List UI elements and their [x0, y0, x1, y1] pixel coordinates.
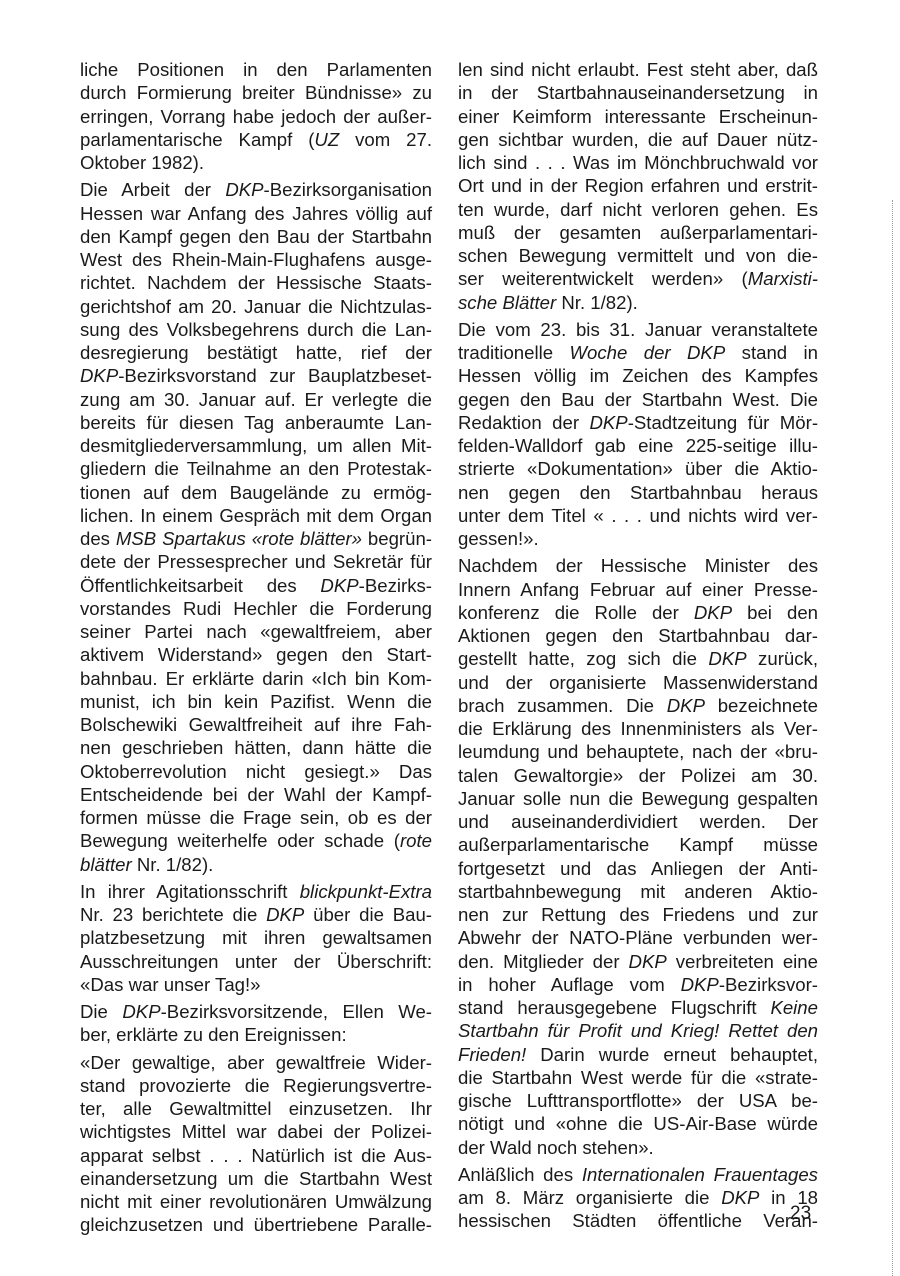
text-run: felden-Walldorf gab eine 225-seitige ill…	[458, 435, 818, 456]
text-line: Hessen völlig im Zeichen des Kampfes	[458, 364, 818, 387]
text-run: nötigt und «ohne die US-Air-Base würde	[458, 1113, 818, 1134]
text-run: Entscheidende bei der Wahl der Kampf-	[80, 784, 432, 805]
text-line: Abwehr der NATO-Pläne verbunden wer-	[458, 926, 818, 949]
text-run: liche Positionen in den Parlamenten	[80, 59, 432, 80]
italic-text: DKP	[694, 602, 732, 623]
italic-text: DKP	[681, 974, 719, 995]
text-line: stand provozierte die Regierungsvertre-	[80, 1074, 432, 1097]
italic-text: Keine	[770, 997, 818, 1018]
text-run: in hoher Auflage vom	[458, 974, 681, 995]
text-run: Januar solle nun die Bewegung gespalten	[458, 788, 818, 809]
text-run: apparat selbst . . . Natürlich ist die A…	[80, 1145, 432, 1166]
text-line: Innern Anfang Februar auf einer Presse-	[458, 578, 818, 601]
text-run: In ihrer Agitationsschrift	[80, 881, 300, 902]
text-line: Bolschewiki Gewaltfreiheit auf ihre Fah-	[80, 713, 432, 736]
italic-text: blickpunkt-Extra	[300, 881, 432, 902]
text-run: leumdung und behauptete, nach der «bru-	[458, 741, 818, 762]
text-run: ten wurde, darf nicht verloren gehen. Es	[458, 199, 818, 220]
text-run: durch Formierung breiter Bündnisse» zu	[80, 82, 432, 103]
italic-text: DKP	[80, 365, 118, 386]
text-line: schen Bewegung vermittelt und von die-	[458, 244, 818, 267]
text-run: und auseinanderdividiert werden. Der	[458, 811, 818, 832]
page-number: 23	[790, 1203, 811, 1225]
text-run: aktivem Widerstand» gegen den Start-	[80, 644, 432, 665]
text-run: munist, ich bin kein Pazifist. Wenn die	[80, 691, 432, 712]
text-line: lichen. In einem Gespräch mit dem Organ	[80, 504, 432, 527]
text-run: stand herausgegebene Flugschrift	[458, 997, 770, 1018]
text-run: Redaktion der	[458, 412, 589, 433]
text-line: Oktoberrevolution nicht gesiegt.» Das	[80, 760, 432, 783]
text-line: brach zusammen. Die DKP bezeichnete	[458, 694, 818, 717]
text-run: sung des Volksbegehrens durch die Lan-	[80, 319, 432, 340]
text-line: Bewegung weiterhelfe oder schade (rote	[80, 829, 432, 852]
italic-text: Woche der DKP	[569, 342, 725, 363]
italic-text: DKP	[721, 1187, 759, 1208]
text-run: startbahnbewegung mit anderen Aktio-	[458, 881, 818, 902]
text-line: gegen den Bau der Startbahn West. Die	[458, 388, 818, 411]
text-run: strierte «Dokumentation» über die Aktio-	[458, 458, 818, 479]
italic-text: MSB Spartakus «rote blätter»	[116, 528, 362, 549]
text-line: munist, ich bin kein Pazifist. Wenn die	[80, 690, 432, 713]
text-run: gleichzusetzen und übertriebene Paralle-	[80, 1214, 432, 1235]
text-run: Hessen war Anfang des Jahres völlig auf	[80, 203, 432, 224]
text-line: liche Positionen in den Parlamenten	[80, 58, 432, 81]
text-line: gerichtshof am 20. Januar die Nichtzulas…	[80, 295, 432, 318]
text-line: gische Lufttransportflotte» der USA be-	[458, 1089, 818, 1112]
paragraph: len sind nicht erlaubt. Fest steht aber,…	[458, 58, 818, 314]
text-line: Hessen war Anfang des Jahres völlig auf	[80, 202, 432, 225]
text-run: Bewegung weiterhelfe oder schade (	[80, 830, 400, 851]
text-run: Öffentlichkeitsarbeit des	[80, 575, 320, 596]
text-run: -Bezirksvor-	[719, 974, 818, 995]
text-line: Aktionen gegen den Startbahnbau dar-	[458, 624, 818, 647]
text-line: muß der gesamten außerparlamentari-	[458, 221, 818, 244]
text-run: gische Lufttransportflotte» der USA be-	[458, 1090, 818, 1111]
text-run: am 8. März organisierte die	[458, 1187, 721, 1208]
text-run: gessen!».	[458, 528, 539, 549]
text-run: Oktoberrevolution nicht gesiegt.» Das	[80, 761, 432, 782]
text-line: Ort und in der Region erfahren und erstr…	[458, 174, 818, 197]
text-run: die Startbahn West werde für die «strate…	[458, 1067, 818, 1088]
text-line: einandersetzung um die Startbahn West	[80, 1167, 432, 1190]
text-run: vom 27.	[339, 129, 432, 150]
text-line: strierte «Dokumentation» über die Aktio-	[458, 457, 818, 480]
text-line: talen Gewaltorgie» der Polizei am 30.	[458, 764, 818, 787]
text-line: aktivem Widerstand» gegen den Start-	[80, 643, 432, 666]
text-run: den. Mitglieder der	[458, 951, 629, 972]
text-line: und der organisierte Massenwiderstand	[458, 671, 818, 694]
text-line: nicht mit einer revolutionären Umwälzung	[80, 1190, 432, 1213]
text-run: begrün-	[362, 528, 432, 549]
text-line: Oktober 1982).	[80, 151, 432, 174]
text-run: «Das war unser Tag!»	[80, 974, 261, 995]
text-run: Die vom 23. bis 31. Januar veranstaltete	[458, 319, 818, 340]
paragraph: Nachdem der Hessische Minister desInnern…	[458, 554, 818, 1159]
text-line: Die DKP-Bezirksvorsitzende, Ellen We-	[80, 1000, 432, 1023]
text-run: der Wald noch stehen».	[458, 1137, 654, 1158]
text-run: «Der gewaltige, aber gewaltfreie Wider-	[80, 1052, 432, 1073]
text-line: ber, erklärte zu den Ereignissen:	[80, 1023, 432, 1046]
text-run: tionen auf dem Baugelände zu ermög-	[80, 482, 432, 503]
text-line: formen müsse die Frage sein, ob es der	[80, 806, 432, 829]
text-line: außerparlamentarische Kampf müsse	[458, 833, 818, 856]
paragraph: liche Positionen in den Parlamentendurch…	[80, 58, 432, 174]
text-run: außerparlamentarische Kampf müsse	[458, 834, 818, 855]
text-run: gen sichtbar wurden, die auf Dauer nütz-	[458, 129, 818, 150]
text-line: Die Arbeit der DKP-Bezirksorganisation	[80, 178, 432, 201]
text-run: vorstandes Rudi Hechler die Forderung	[80, 598, 432, 619]
page-edge-line	[892, 200, 893, 1276]
text-run: zurück,	[747, 648, 818, 669]
text-line: den. Mitglieder der DKP verbreiteten ein…	[458, 950, 818, 973]
text-run: konferenz die Rolle der	[458, 602, 694, 623]
text-line: leumdung und behauptete, nach der «bru-	[458, 740, 818, 763]
text-run: muß der gesamten außerparlamentari-	[458, 222, 818, 243]
italic-text: Frieden!	[458, 1044, 526, 1065]
text-line: die Startbahn West werde für die «strate…	[458, 1066, 818, 1089]
text-run: Nachdem der Hessische Minister des	[458, 555, 818, 576]
text-line: nen gegen den Startbahnbau heraus	[458, 481, 818, 504]
italic-text: DKP	[708, 648, 746, 669]
text-run: formen müsse die Frage sein, ob es der	[80, 807, 432, 828]
text-line: Redaktion der DKP-Stadtzeitung für Mör-	[458, 411, 818, 434]
italic-text: sche Blätter	[458, 292, 556, 313]
text-line: apparat selbst . . . Natürlich ist die A…	[80, 1144, 432, 1167]
paragraph: Die Arbeit der DKP-BezirksorganisationHe…	[80, 178, 432, 876]
text-line: den Kampf gegen den Bau der Startbahn	[80, 225, 432, 248]
text-run: dete der Pressesprecher und Sekretär für	[80, 551, 432, 572]
text-run: wichtigstes Mittel war dabei der Polizei…	[80, 1121, 432, 1142]
text-line: am 8. März organisierte die DKP in 18	[458, 1186, 818, 1209]
text-run: talen Gewaltorgie» der Polizei am 30.	[458, 765, 818, 786]
text-run: len sind nicht erlaubt. Fest steht aber,…	[458, 59, 818, 80]
text-run: -Bezirksorganisation	[264, 179, 432, 200]
left-column: liche Positionen in den Parlamentendurch…	[80, 58, 432, 1237]
text-line: Januar solle nun die Bewegung gespalten	[458, 787, 818, 810]
text-line: blätter Nr. 1/82).	[80, 853, 432, 876]
text-line: Entscheidende bei der Wahl der Kampf-	[80, 783, 432, 806]
italic-text: DKP	[589, 412, 627, 433]
text-line: dete der Pressesprecher und Sekretär für	[80, 550, 432, 573]
text-line: seiner Partei nach «gewaltfreiem, aber	[80, 620, 432, 643]
text-line: parlamentarische Kampf (UZ vom 27.	[80, 128, 432, 151]
text-line: ter, alle Gewaltmittel einzusetzen. Ihr	[80, 1097, 432, 1120]
text-line: bahnbau. Er erklärte darin «Ich bin Kom-	[80, 667, 432, 690]
italic-text: DKP	[667, 695, 705, 716]
italic-text: rote	[400, 830, 432, 851]
text-line: len sind nicht erlaubt. Fest steht aber,…	[458, 58, 818, 81]
text-run: den Kampf gegen den Bau der Startbahn	[80, 226, 432, 247]
text-line: Anläßlich des Internationalen Frauentage…	[458, 1163, 818, 1186]
text-line: Frieden! Darin wurde erneut behauptet,	[458, 1043, 818, 1066]
text-line: gleichzusetzen und übertriebene Paralle-	[80, 1213, 432, 1236]
text-line: und auseinanderdividiert werden. Der	[458, 810, 818, 833]
text-run: Darin wurde erneut behauptet,	[526, 1044, 818, 1065]
italic-text: DKP	[122, 1001, 160, 1022]
document-page: liche Positionen in den Parlamentendurch…	[0, 0, 900, 1276]
text-line: startbahnbewegung mit anderen Aktio-	[458, 880, 818, 903]
text-run: Ausschreitungen unter der Überschrift:	[80, 951, 432, 972]
paragraph: «Der gewaltige, aber gewaltfreie Wider-s…	[80, 1051, 432, 1237]
text-line: «Das war unser Tag!»	[80, 973, 432, 996]
text-line: lich sind . . . Was im Mönchbruchwald vo…	[458, 151, 818, 174]
text-line: tionen auf dem Baugelände zu ermög-	[80, 481, 432, 504]
italic-text: Internationalen Frauentages	[582, 1164, 818, 1185]
text-line: in hoher Auflage vom DKP-Bezirksvor-	[458, 973, 818, 996]
text-run: Anläßlich des	[458, 1164, 582, 1185]
text-line: erringen, Vorrang habe jedoch der außer-	[80, 105, 432, 128]
text-line: platzbesetzung mit ihren gewaltsamen	[80, 926, 432, 949]
text-run: lich sind . . . Was im Mönchbruchwald vo…	[458, 152, 818, 173]
text-run: Ort und in der Region erfahren und erstr…	[458, 175, 818, 196]
text-run: Die Arbeit der	[80, 179, 225, 200]
text-line: gessen!».	[458, 527, 818, 550]
text-run: lichen. In einem Gespräch mit dem Organ	[80, 505, 432, 526]
text-line: sche Blätter Nr. 1/82).	[458, 291, 818, 314]
text-run: Innern Anfang Februar auf einer Presse-	[458, 579, 818, 600]
text-run: bahnbau. Er erklärte darin «Ich bin Kom-	[80, 668, 432, 689]
text-line: West des Rhein-Main-Flughafens ausge-	[80, 248, 432, 271]
text-run: West des Rhein-Main-Flughafens ausge-	[80, 249, 432, 270]
text-line: gestellt hatte, zog sich die DKP zurück,	[458, 647, 818, 670]
text-run: Nr. 1/82).	[556, 292, 638, 313]
text-line: zung am 30. Januar auf. Er verlegte die	[80, 388, 432, 411]
text-line: nen geschrieben hätten, dann hätte die	[80, 736, 432, 759]
text-line: konferenz die Rolle der DKP bei den	[458, 601, 818, 624]
text-run: schen Bewegung vermittelt und von die-	[458, 245, 818, 266]
text-line: ser weiterentwickelt werden» (Marxisti-	[458, 267, 818, 290]
text-run: einandersetzung um die Startbahn West	[80, 1168, 432, 1189]
text-line: vorstandes Rudi Hechler die Forderung	[80, 597, 432, 620]
text-run: nen gegen den Startbahnbau heraus	[458, 482, 818, 503]
paragraph: Die DKP-Bezirksvorsitzende, Ellen We-ber…	[80, 1000, 432, 1047]
text-line: felden-Walldorf gab eine 225-seitige ill…	[458, 434, 818, 457]
text-line: unter dem Titel « . . . und nichts wird …	[458, 504, 818, 527]
text-line: des MSB Spartakus «rote blätter» begrün-	[80, 527, 432, 550]
text-run: -Bezirksvorsitzende, Ellen We-	[161, 1001, 432, 1022]
paragraph: Anläßlich des Internationalen Frauentage…	[458, 1163, 818, 1233]
text-run: zung am 30. Januar auf. Er verlegte die	[80, 389, 432, 410]
italic-text: DKP	[225, 179, 263, 200]
text-line: stand herausgegebene Flugschrift Keine	[458, 996, 818, 1019]
text-line: «Der gewaltige, aber gewaltfreie Wider-	[80, 1051, 432, 1074]
text-run: bereits für diesen Tag anberaumte Lan-	[80, 412, 432, 433]
text-run: gerichtshof am 20. Januar die Nichtzulas…	[80, 296, 432, 317]
text-run: desmitgliederversammlung, um allen Mit-	[80, 435, 432, 456]
text-line: In ihrer Agitationsschrift blickpunkt-Ex…	[80, 880, 432, 903]
text-run: Hessen völlig im Zeichen des Kampfes	[458, 365, 818, 386]
text-line: traditionelle Woche der DKP stand in	[458, 341, 818, 364]
italic-text: DKP	[629, 951, 667, 972]
text-run: und der organisierte Massenwiderstand	[458, 672, 818, 693]
italic-text: blätter	[80, 854, 132, 875]
text-run: fortgesetzt und das Anliegen der Anti-	[458, 858, 818, 879]
text-run: seiner Partei nach «gewaltfreiem, aber	[80, 621, 432, 642]
text-run: Aktionen gegen den Startbahnbau dar-	[458, 625, 818, 646]
text-run: platzbesetzung mit ihren gewaltsamen	[80, 927, 432, 948]
text-line: nen zur Rettung des Friedens und zur	[458, 903, 818, 926]
text-run: desregierung bestätigt hatte, rief der	[80, 342, 432, 363]
text-line: desregierung bestätigt hatte, rief der	[80, 341, 432, 364]
right-column: len sind nicht erlaubt. Fest steht aber,…	[458, 58, 818, 1233]
italic-text: DKP	[266, 904, 304, 925]
text-run: bezeichnete	[705, 695, 818, 716]
text-line: Die vom 23. bis 31. Januar veranstaltete	[458, 318, 818, 341]
text-line: nötigt und «ohne die US-Air-Base würde	[458, 1112, 818, 1135]
text-run: richtet. Nachdem der Hessische Staats-	[80, 272, 432, 293]
text-line: hessischen Städten öffentliche Veran-	[458, 1209, 818, 1232]
text-run: gestellt hatte, zog sich die	[458, 648, 708, 669]
text-line: die Erklärung des Innenministers als Ver…	[458, 717, 818, 740]
italic-text: UZ	[314, 129, 339, 150]
text-run: ber, erklärte zu den Ereignissen:	[80, 1024, 347, 1045]
text-run: brach zusammen. Die	[458, 695, 667, 716]
text-line: DKP-Bezirksvorstand zur Bauplatzbeset-	[80, 364, 432, 387]
text-run: gegen den Bau der Startbahn West. Die	[458, 389, 818, 410]
italic-text: Startbahn für Profit und Krieg! Rettet d…	[458, 1020, 818, 1041]
text-line: gen sichtbar wurden, die auf Dauer nütz-	[458, 128, 818, 151]
italic-text: DKP	[320, 575, 358, 596]
text-run: gliedern die Teilnahme an den Protestak-	[80, 458, 432, 479]
text-run: nen geschrieben hätten, dann hätte die	[80, 737, 432, 758]
text-run: verbreiteten eine	[667, 951, 818, 972]
text-line: ten wurde, darf nicht verloren gehen. Es	[458, 198, 818, 221]
text-run: in der Startbahnauseinandersetzung in	[458, 82, 818, 103]
text-run: traditionelle	[458, 342, 569, 363]
text-run: unter dem Titel « . . . und nichts wird …	[458, 505, 818, 526]
text-run: Die	[80, 1001, 122, 1022]
text-run: die Erklärung des Innenministers als Ver…	[458, 718, 818, 739]
paragraph: In ihrer Agitationsschrift blickpunkt-Ex…	[80, 880, 432, 996]
text-run: erringen, Vorrang habe jedoch der außer-	[80, 106, 432, 127]
text-run: Abwehr der NATO-Pläne verbunden wer-	[458, 927, 818, 948]
text-run: -Bezirks-	[359, 575, 432, 596]
text-line: wichtigstes Mittel war dabei der Polizei…	[80, 1120, 432, 1143]
text-run: Nr. 23 berichtete die	[80, 904, 266, 925]
text-line: bereits für diesen Tag anberaumte Lan-	[80, 411, 432, 434]
text-run: Bolschewiki Gewaltfreiheit auf ihre Fah-	[80, 714, 432, 735]
text-line: Öffentlichkeitsarbeit des DKP-Bezirks-	[80, 574, 432, 597]
text-line: einer Keimform interessante Erscheinun-	[458, 105, 818, 128]
text-run: des	[80, 528, 116, 549]
text-run: -Stadtzeitung für Mör-	[628, 412, 818, 433]
text-line: gliedern die Teilnahme an den Protestak-	[80, 457, 432, 480]
text-line: Ausschreitungen unter der Überschrift:	[80, 950, 432, 973]
text-run: einer Keimform interessante Erscheinun-	[458, 106, 818, 127]
text-line: der Wald noch stehen».	[458, 1136, 818, 1159]
paragraph: Die vom 23. bis 31. Januar veranstaltete…	[458, 318, 818, 551]
text-line: fortgesetzt und das Anliegen der Anti-	[458, 857, 818, 880]
text-run: stand provozierte die Regierungsvertre-	[80, 1075, 432, 1096]
text-run: bei den	[732, 602, 818, 623]
text-run: stand in	[725, 342, 818, 363]
text-line: Nachdem der Hessische Minister des	[458, 554, 818, 577]
text-line: Nr. 23 berichtete die DKP über die Bau-	[80, 903, 432, 926]
text-run: Oktober 1982).	[80, 152, 204, 173]
text-run: hessischen Städten öffentliche Veran-	[458, 1210, 818, 1231]
text-run: über die Bau-	[304, 904, 432, 925]
text-line: in der Startbahnauseinandersetzung in	[458, 81, 818, 104]
text-line: desmitgliederversammlung, um allen Mit-	[80, 434, 432, 457]
text-line: richtet. Nachdem der Hessische Staats-	[80, 271, 432, 294]
text-run: ter, alle Gewaltmittel einzusetzen. Ihr	[80, 1098, 432, 1119]
text-line: sung des Volksbegehrens durch die Lan-	[80, 318, 432, 341]
text-run: nen zur Rettung des Friedens und zur	[458, 904, 818, 925]
text-run: nicht mit einer revolutionären Umwälzung	[80, 1191, 432, 1212]
text-run: ser weiterentwickelt werden» (	[458, 268, 748, 289]
italic-text: Marxisti-	[748, 268, 818, 289]
text-line: Startbahn für Profit und Krieg! Rettet d…	[458, 1019, 818, 1042]
text-run: -Bezirksvorstand zur Bauplatzbeset-	[118, 365, 432, 386]
text-line: durch Formierung breiter Bündnisse» zu	[80, 81, 432, 104]
text-run: parlamentarische Kampf (	[80, 129, 314, 150]
text-run: Nr. 1/82).	[132, 854, 214, 875]
